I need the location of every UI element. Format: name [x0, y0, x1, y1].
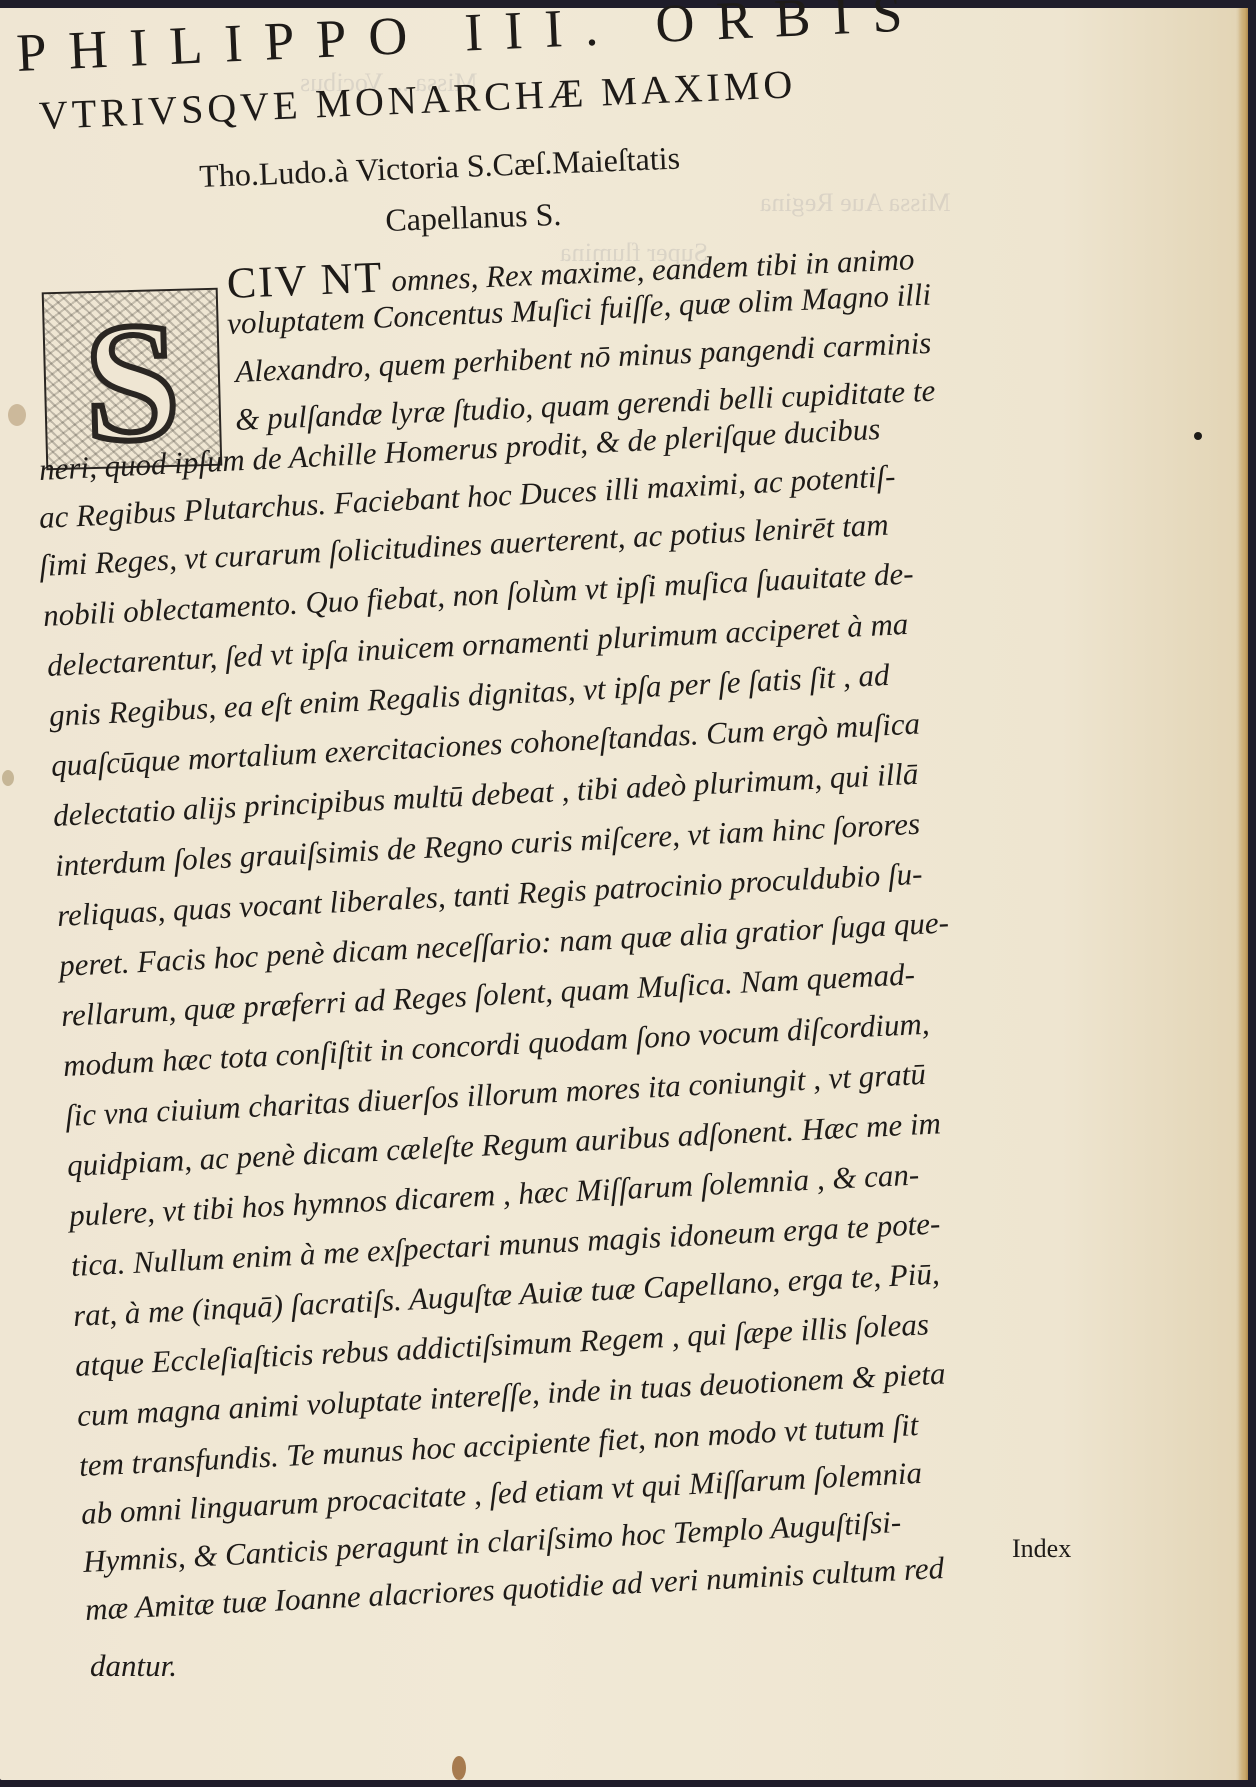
paper-stain [2, 770, 14, 786]
dedication-body: CIV NT omnes, Rex maxime, eandem tibi in… [0, 8, 1248, 1780]
book-page: Missa ... Vocibus Missa Aue Regina Super… [0, 8, 1248, 1780]
ink-spot [1194, 432, 1202, 440]
catchword: Index [1012, 1534, 1071, 1564]
paper-stain [452, 1756, 466, 1780]
text-line-29: dantur. [90, 1648, 177, 1684]
paper-stain [8, 404, 26, 426]
